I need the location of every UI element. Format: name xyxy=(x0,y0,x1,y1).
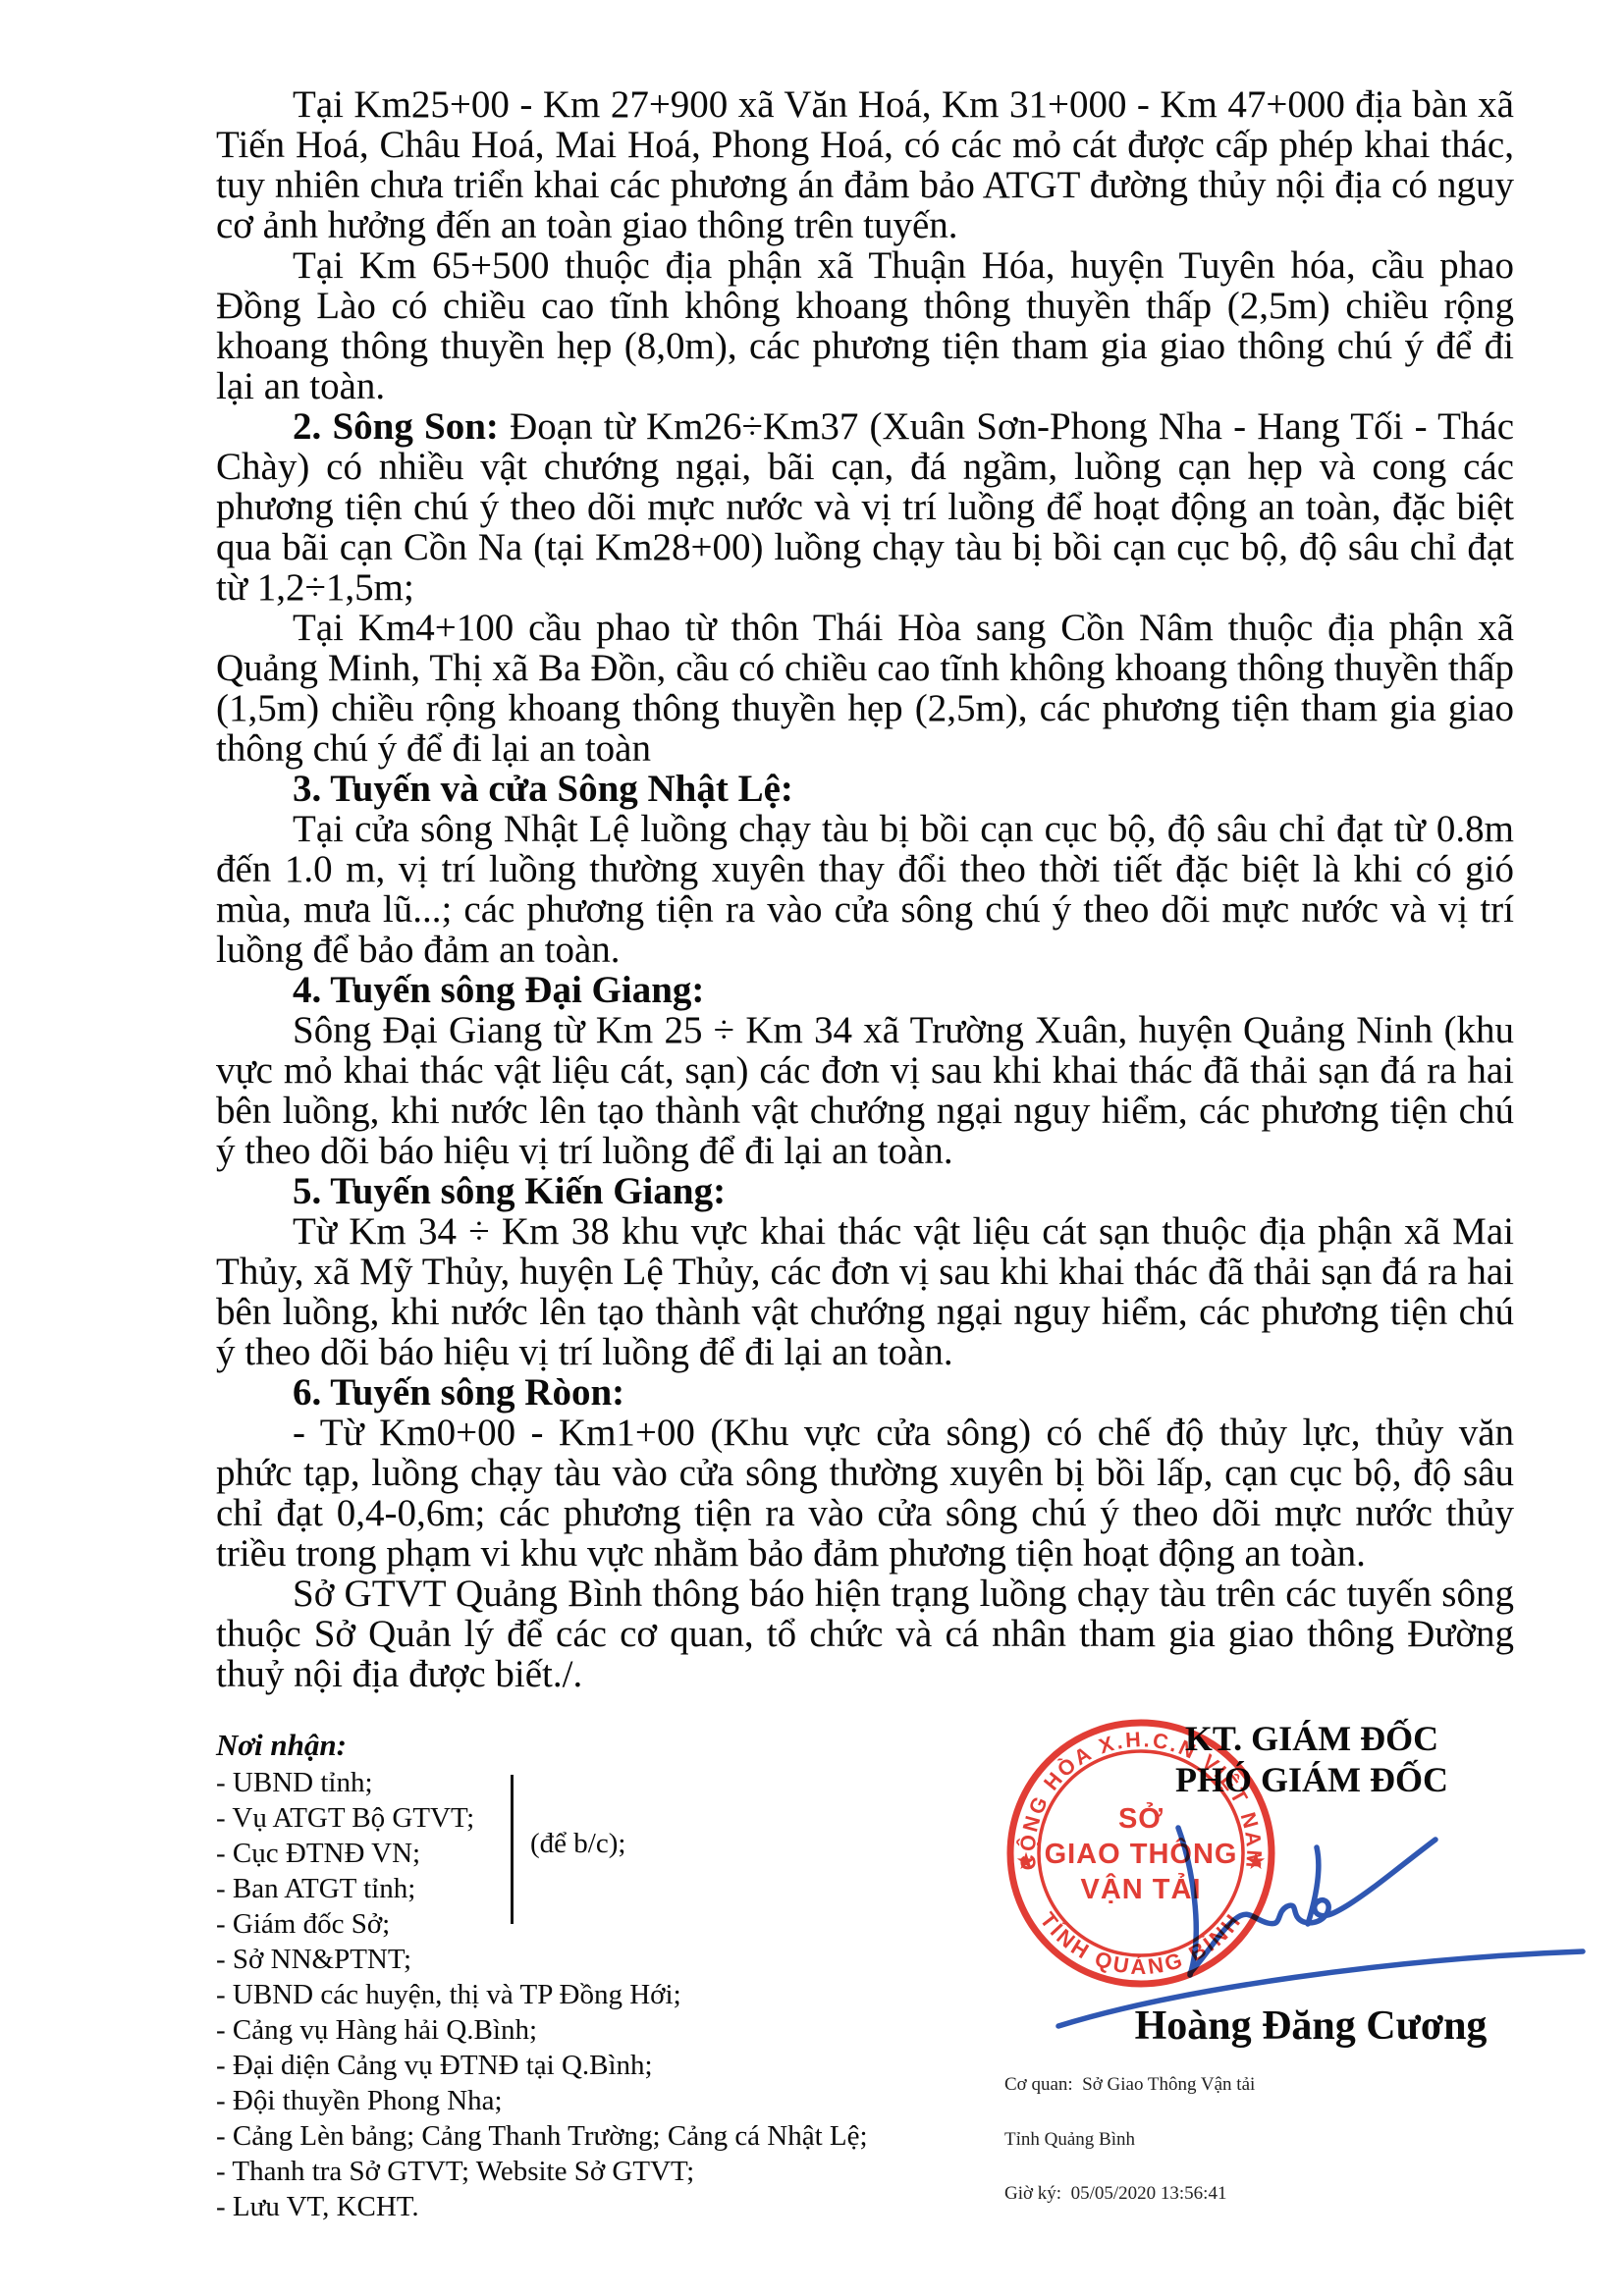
paragraph-song-son: 2. Sông Son: Đoạn từ Km26÷Km37 (Xuân Sơn… xyxy=(216,406,1514,608)
recipients-brace-line xyxy=(511,1775,514,1924)
recipient-item: - Lưu VT, KCHT. xyxy=(216,2189,825,2224)
recipient-item: - Đội thuyền Phong Nha; xyxy=(216,2083,825,2118)
recipient-item: - Ban ATGT tỉnh; xyxy=(216,1871,825,1906)
recipients-brace-note: (để b/c); xyxy=(530,1828,625,1860)
section-6-heading: 6. Tuyến sông Ròon: xyxy=(216,1372,1514,1413)
section-5-heading: 5. Tuyến sông Kiến Giang: xyxy=(216,1171,1514,1211)
recipient-item: - Cảng vụ Hàng hải Q.Bình; xyxy=(216,2012,825,2048)
paragraph-dai-giang: Sông Đại Giang từ Km 25 ÷ Km 34 xã Trườn… xyxy=(216,1010,1514,1171)
digital-signature-info: Cơ quan: Sở Giao Thông Vận tải Tỉnh Quản… xyxy=(1004,2040,1255,2240)
section-2-heading: 2. Sông Son: xyxy=(293,405,499,448)
recipient-item: - Vụ ATGT Bộ GTVT; xyxy=(216,1800,825,1836)
paragraph-closing: Sở GTVT Quảng Bình thông báo hiện trạng … xyxy=(216,1574,1514,1694)
section-4-heading: 4. Tuyến sông Đại Giang: xyxy=(216,970,1514,1010)
scanned-document-page: Tại Km25+00 - Km 27+900 xã Văn Hoá, Km 3… xyxy=(0,0,1624,2296)
paragraph-km4: Tại Km4+100 cầu phao từ thôn Thái Hòa sa… xyxy=(216,608,1514,769)
paragraph-km25: Tại Km25+00 - Km 27+900 xã Văn Hoá, Km 3… xyxy=(216,84,1514,245)
section-3-heading: 3. Tuyến và cửa Sông Nhật Lệ: xyxy=(216,769,1514,809)
document-body: Tại Km25+00 - Km 27+900 xã Văn Hoá, Km 3… xyxy=(216,84,1514,1694)
recipient-item: - Giám đốc Sở; xyxy=(216,1906,825,1942)
digital-province-line: Tỉnh Quảng Bình xyxy=(1004,2131,1255,2150)
paragraph-km65: Tại Km 65+500 thuộc địa phận xã Thuận Hó… xyxy=(216,245,1514,406)
handwritten-signature xyxy=(1021,1787,1600,2032)
paragraph-nhat-le: Tại cửa sông Nhật Lệ luồng chạy tàu bị b… xyxy=(216,809,1514,970)
digital-signtime-line: Giờ ký: 05/05/2020 13:56:41 xyxy=(1004,2185,1255,2204)
recipient-item: - UBND tỉnh; xyxy=(216,1765,825,1800)
signature-underline-stroke xyxy=(1058,1951,1583,2026)
recipient-item: - Cục ĐTNĐ VN; xyxy=(216,1836,825,1871)
recipients-heading: Nơi nhận: xyxy=(216,1728,825,1763)
recipient-item: - Thanh tra Sở GTVT; Website Sở GTVT; xyxy=(216,2154,825,2189)
recipient-item: - Cảng Lèn bảng; Cảng Thanh Trường; Cảng… xyxy=(216,2118,825,2154)
paragraph-roon: - Từ Km0+00 - Km1+00 (Khu vực cửa sông) … xyxy=(216,1413,1514,1574)
recipient-item: - UBND các huyện, thị và TP Đồng Hới; xyxy=(216,1977,825,2012)
signature-descender-stroke xyxy=(1178,1828,1196,1975)
recipient-item: - Sở NN&PTNT; xyxy=(216,1942,825,1977)
paragraph-kien-giang: Từ Km 34 ÷ Km 38 khu vực khai thác vật l… xyxy=(216,1211,1514,1372)
recipients-block: Nơi nhận: - UBND tỉnh; - Vụ ATGT Bộ GTVT… xyxy=(216,1728,825,2224)
digital-agency-line: Cơ quan: Sở Giao Thông Vận tải xyxy=(1004,2076,1255,2095)
recipient-item: - Đại diện Cảng vụ ĐTNĐ tại Q.Bình; xyxy=(216,2048,825,2083)
